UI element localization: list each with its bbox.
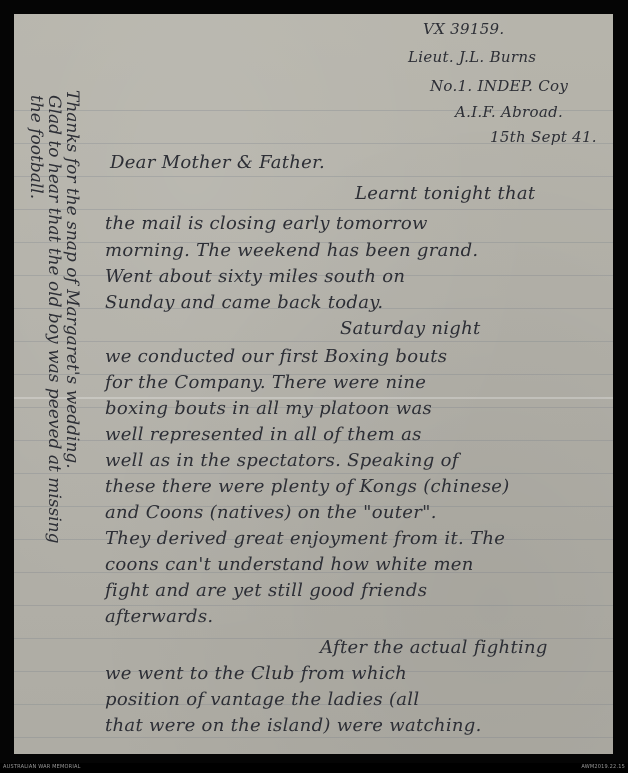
ruled-line bbox=[14, 176, 613, 177]
ruled-line bbox=[14, 209, 613, 210]
ruled-line bbox=[14, 737, 613, 738]
body-line: They derived great enjoyment from it. Th… bbox=[105, 528, 505, 549]
rank-name: Lieut. J.L. Burns bbox=[408, 48, 536, 66]
margin-note: Glad to hear that the old boy was peeved… bbox=[44, 95, 64, 543]
body-line: Learnt tonight that bbox=[355, 183, 535, 204]
body-line: afterwards. bbox=[105, 606, 213, 627]
salutation: Dear Mother & Father. bbox=[110, 152, 325, 173]
margin-note: the football. bbox=[26, 95, 46, 199]
margin-note: Thanks for the snap of Margaret's weddin… bbox=[62, 90, 82, 469]
body-line: that were on the island) were watching. bbox=[105, 715, 482, 736]
body-line: Saturday night bbox=[340, 318, 481, 339]
body-line: and Coons (natives) on the "outer". bbox=[105, 502, 437, 523]
scan-frame: VX 39159. Lieut. J.L. Burns No.1. INDEP.… bbox=[0, 0, 628, 763]
ruled-line bbox=[14, 473, 613, 474]
service-number: VX 39159. bbox=[423, 20, 504, 38]
body-line: morning. The weekend has been grand. bbox=[105, 240, 478, 261]
body-line: Went about sixty miles south on bbox=[105, 266, 405, 287]
body-line: Sunday and came back today. bbox=[105, 292, 383, 313]
body-line: boxing bouts in all my platoon was bbox=[105, 398, 432, 419]
body-line: well represented in all of them as bbox=[105, 424, 422, 445]
accession-number: AWM2019.22.15 bbox=[581, 764, 625, 770]
body-line: coons can't understand how white men bbox=[105, 554, 474, 575]
body-line: fight and are yet still good friends bbox=[105, 580, 427, 601]
body-line: these there were plenty of Kongs (chines… bbox=[105, 476, 510, 497]
ruled-line bbox=[14, 605, 613, 606]
body-line: position of vantage the ladies (all bbox=[105, 689, 419, 710]
location: A.I.F. Abroad. bbox=[455, 103, 563, 121]
body-line: After the actual fighting bbox=[320, 637, 548, 658]
letter-date: 15th Sept 41. bbox=[490, 128, 597, 146]
body-line: the mail is closing early tomorrow bbox=[105, 213, 428, 234]
body-line: we conducted our first Boxing bouts bbox=[105, 346, 447, 367]
unit: No.1. INDEP. Coy bbox=[430, 77, 568, 95]
body-line: well as in the spectators. Speaking of bbox=[105, 450, 459, 471]
body-line: for the Company. There were nine bbox=[105, 372, 426, 393]
body-line: we went to the Club from which bbox=[105, 663, 407, 684]
ruled-line bbox=[14, 341, 613, 342]
archive-credit: AUSTRALIAN WAR MEMORIAL bbox=[3, 764, 81, 770]
